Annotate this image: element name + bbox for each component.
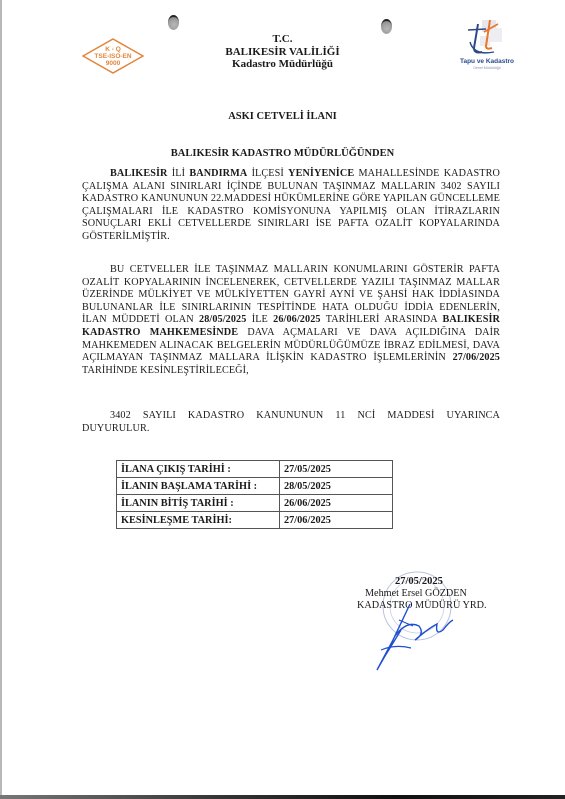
date-label: İLANIN BİTİŞ TARİHİ :: [117, 495, 280, 512]
paragraph-legal-basis: 3402 SAYILI KADASTRO KANUNUNUN 11 NCİ MA…: [82, 410, 500, 435]
date-value: 28/05/2025: [280, 478, 393, 495]
date-label: İLANIN BAŞLAMA TARİHİ :: [117, 478, 280, 495]
period-start-date: 28/05/2025: [199, 314, 246, 325]
text: 3402 SAYILI KADASTRO KANUNUNUN 11 NCİ MA…: [82, 410, 500, 434]
text: TARİHİNDE KESİNLEŞTİRİLECEĞİ,: [82, 365, 249, 376]
table-row: İLANIN BİTİŞ TARİHİ : 26/06/2025: [117, 495, 393, 512]
finalization-date: 27/06/2025: [453, 352, 500, 363]
text: MAHALLESİNDE KADASTRO ÇALIŞMA ALANI SINI…: [82, 168, 500, 242]
handwritten-signature-icon: [355, 570, 515, 680]
date-label: KESİNLEŞME TARİHİ:: [117, 512, 280, 529]
province: BALIKESİR: [110, 168, 168, 179]
table-row: KESİNLEŞME TARİHİ: 27/06/2025: [117, 512, 393, 529]
date-value: 27/05/2025: [280, 461, 393, 478]
logo-subtitle: Genel Müdürlüğü: [452, 66, 522, 70]
date-value: 27/06/2025: [280, 512, 393, 529]
punch-hole: [381, 19, 392, 34]
text: İLİ: [168, 168, 190, 179]
paragraph-objection-period: BU CETVELLER İLE TAŞINMAZ MALLARIN KONUM…: [82, 264, 500, 377]
text: İLE: [246, 314, 273, 325]
issuing-office: BALIKESİR KADASTRO MÜDÜRLÜĞÜNDEN: [0, 148, 565, 159]
paragraph-announcement: BALIKESİR İLİ BANDIRMA İLÇESİ YENİYENİCE…: [82, 168, 500, 244]
text: TARİHLERİ ARASINDA: [321, 314, 443, 325]
page-edge-bottom: [0, 795, 565, 799]
dates-table: İLANA ÇIKIŞ TARİHİ : 27/05/2025 İLANIN B…: [116, 460, 393, 529]
punch-hole: [168, 15, 179, 30]
date-label: İLANA ÇIKIŞ TARİHİ :: [117, 461, 280, 478]
period-end-date: 26/06/2025: [273, 314, 320, 325]
signature-block: 27/05/2025 Mehmet Ersel GÖZDEN KADASTRO …: [355, 570, 515, 680]
logo-name: Tapu ve Kadastro: [452, 58, 522, 65]
text: İLÇESİ: [247, 168, 288, 179]
table-row: İLANIN BAŞLAMA TARİHİ : 28/05/2025: [117, 478, 393, 495]
tapu-kadastro-logo-icon: Tapu ve Kadastro Genel Müdürlüğü: [452, 16, 522, 76]
document-title: ASKI CETVELİ İLANI: [0, 111, 565, 122]
date-value: 26/06/2025: [280, 495, 393, 512]
district: BANDIRMA: [189, 168, 247, 179]
neighborhood: YENİYENİCE: [288, 168, 354, 179]
table-row: İLANA ÇIKIŞ TARİHİ : 27/05/2025: [117, 461, 393, 478]
